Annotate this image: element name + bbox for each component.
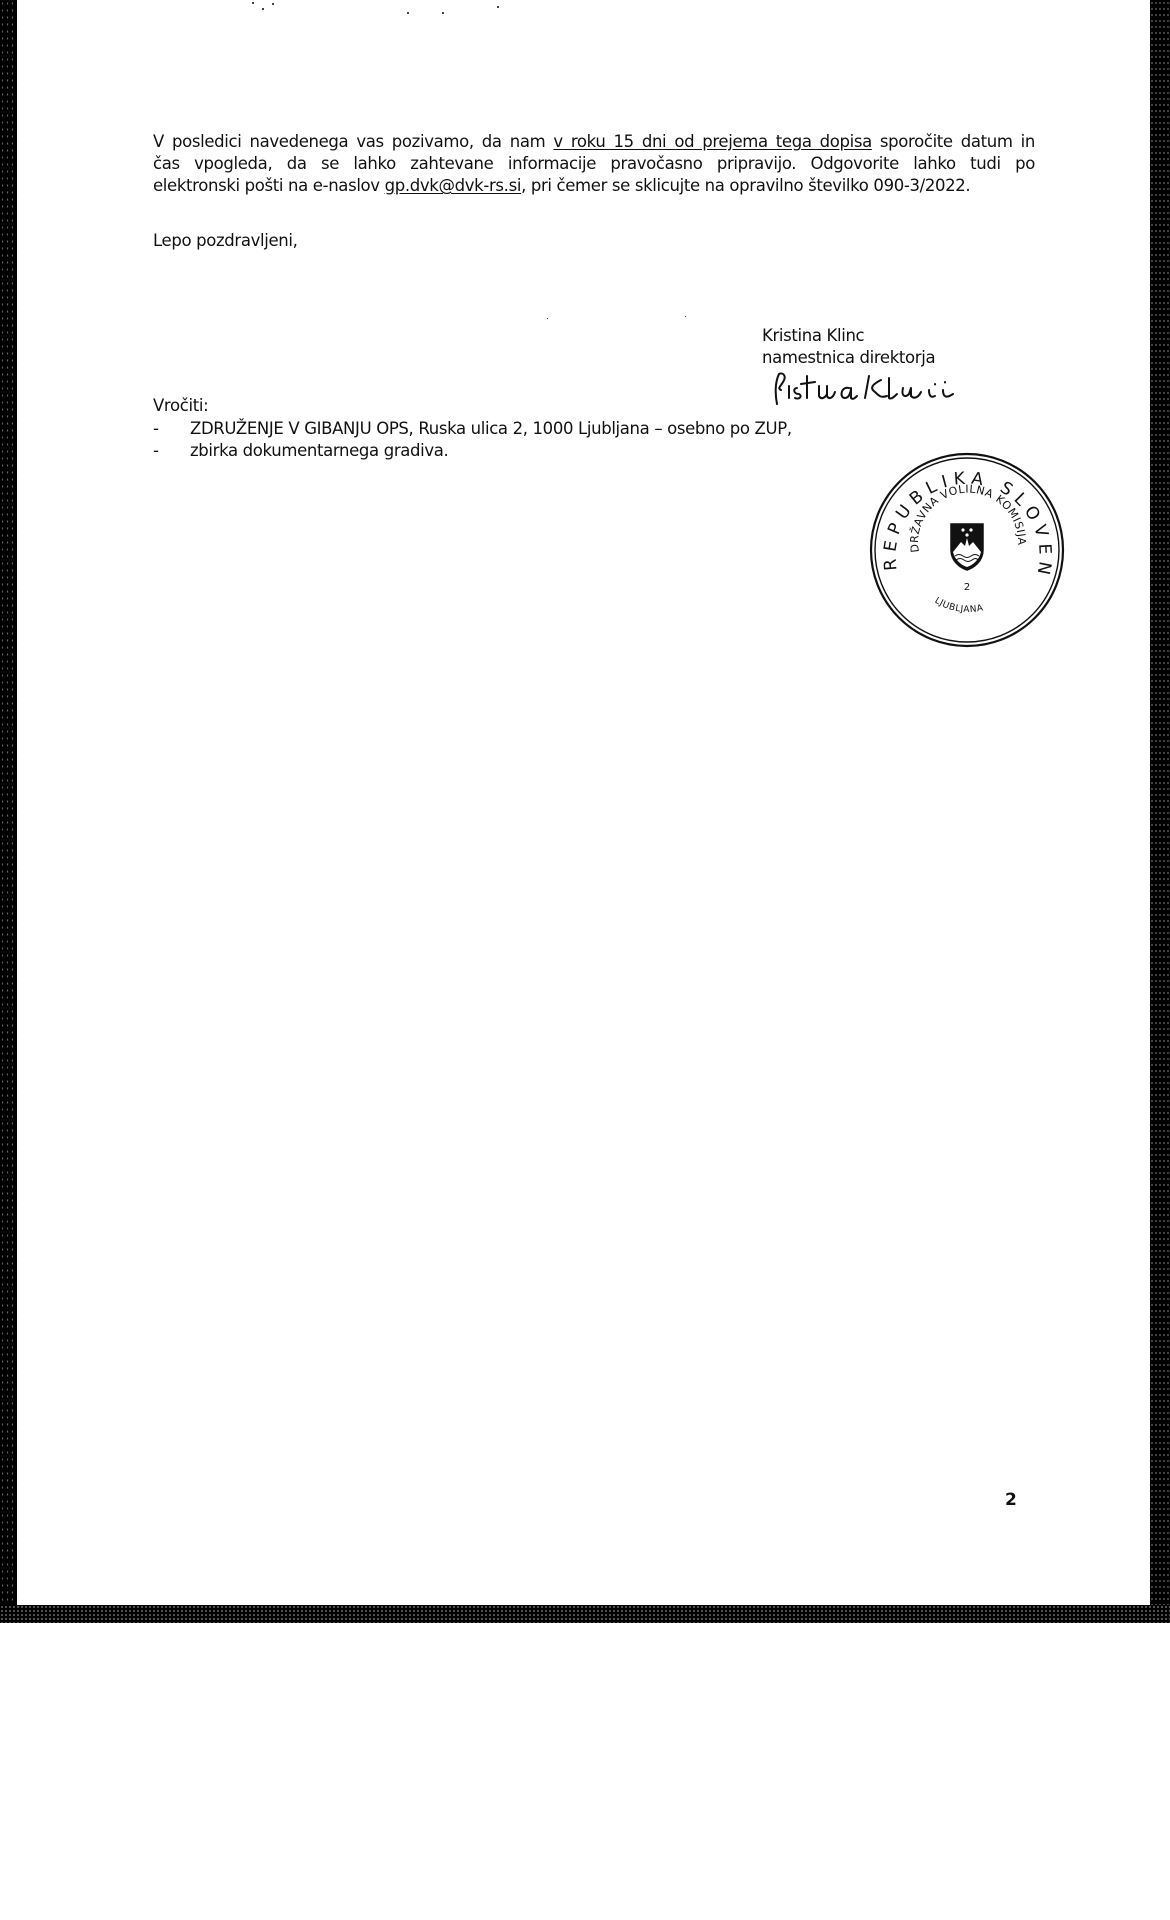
scan-noise [547, 318, 548, 319]
stamp-number: 2 [964, 582, 970, 593]
bullet-dash: - [153, 418, 190, 440]
paragraph-line-1: V posledici navedenega vas pozivamo, da … [153, 131, 1035, 153]
delivery-item-text: ZDRUŽENJE V GIBANJU OPS, Ruska ulica 2, … [190, 419, 792, 438]
scan-noise [252, 2, 254, 4]
delivery-item: -ZDRUŽENJE V GIBANJU OPS, Ruska ulica 2,… [153, 418, 792, 440]
scan-border-left [0, 0, 17, 1623]
email-link[interactable]: gp.dvk@dvk-rs.si [385, 176, 521, 195]
scan-noise [497, 6, 499, 8]
scan-noise [442, 12, 444, 14]
handwritten-signature-icon [769, 366, 959, 408]
body-paragraph: V posledici navedenega vas pozivamo, da … [153, 131, 1035, 197]
text-run: , pri čemer se sklicujte na opravilno št… [521, 176, 970, 195]
text-run: elektronski pošti na e-naslov [153, 176, 385, 195]
svg-text:LJUBLJANA: LJUBLJANA [933, 596, 985, 615]
bullet-dash: - [153, 440, 190, 462]
scan-noise [262, 8, 264, 10]
coat-of-arms-icon [951, 524, 983, 570]
delivery-item-text: zbirka dokumentarnega gradiva. [190, 441, 448, 460]
scan-noise [407, 12, 409, 14]
paragraph-line-2: čas vpogleda, da se lahko zahtevane info… [153, 153, 1035, 175]
deadline-underlined-text: v roku 15 dni od prejema tega dopisa [553, 132, 872, 151]
text-run: sporočite datum in [872, 132, 1035, 151]
text-run: čas vpogleda, da se lahko zahtevane info… [153, 154, 1035, 173]
scan-border-right [1150, 0, 1170, 1623]
delivery-item: -zbirka dokumentarnega gradiva. [153, 440, 448, 462]
scan-noise [272, 3, 274, 5]
delivery-heading: Vročiti: [153, 395, 208, 417]
text-run: V posledici navedenega vas pozivamo, da … [153, 132, 553, 151]
document-page: V posledici navedenega vas pozivamo, da … [17, 0, 1150, 1605]
signatory-name: Kristina Klinc [762, 325, 935, 347]
paragraph-line-3: elektronski pošti na e-naslov gp.dvk@dvk… [153, 175, 1035, 197]
scan-noise [685, 316, 686, 317]
signatory-block: Kristina Klinc namestnica direktorja [762, 325, 935, 369]
scan-border-bottom [0, 1605, 1170, 1623]
official-stamp: REPUBLIKA SLOVENIJA DRŽAVNA VOLILNA KOMI… [867, 450, 1067, 650]
greeting: Lepo pozdravljeni, [153, 230, 298, 252]
stamp-city: LJUBLJANA [933, 596, 985, 615]
page-number: 2 [1005, 1490, 1017, 1510]
